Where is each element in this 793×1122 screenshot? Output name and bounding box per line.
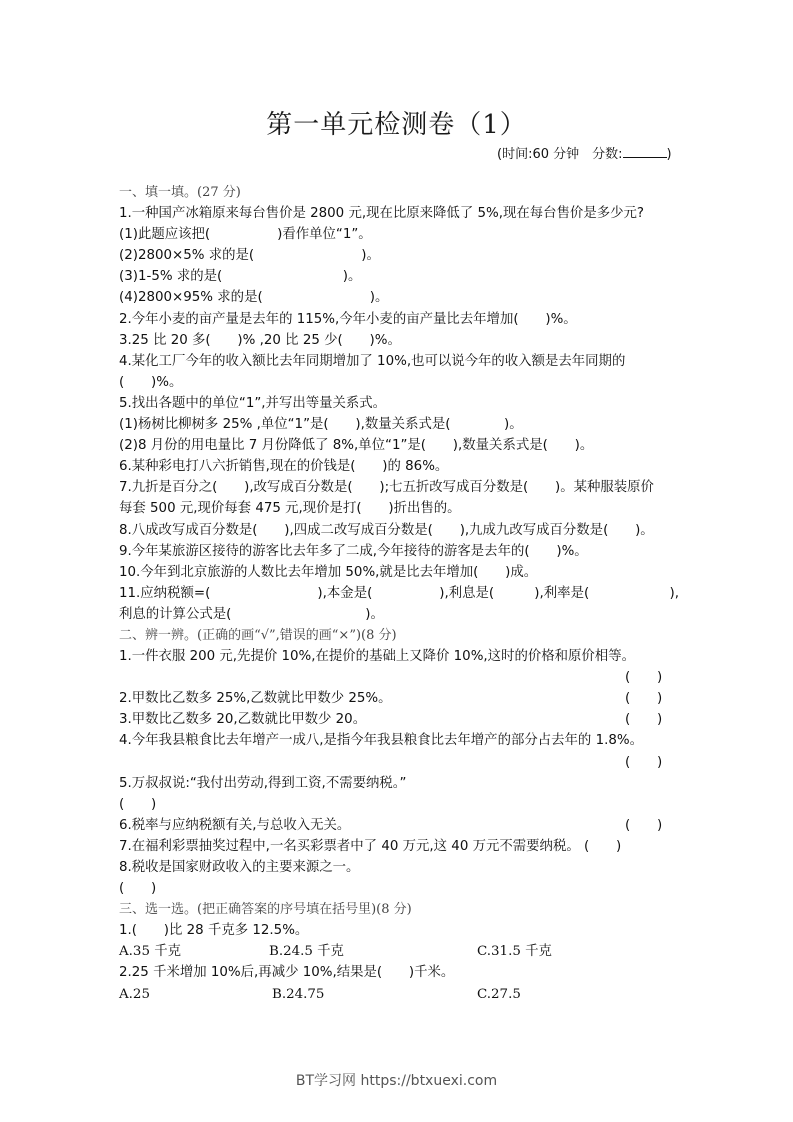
answer-bracket[interactable]: ( ) bbox=[625, 815, 662, 836]
option-a[interactable]: A.35 千克 bbox=[119, 941, 181, 962]
judge-text: 3.甲数比乙数多 20,乙数就比甲数少 20。 bbox=[119, 712, 366, 727]
choice-stem: 2.25 千米增加 10%后,再减少 10%,结果是( )千米。 bbox=[119, 962, 679, 983]
option-c[interactable]: C.27.5 bbox=[477, 984, 521, 1005]
score-blank[interactable] bbox=[623, 145, 667, 158]
question-line: 2.今年小麦的亩产量是去年的 115%,今年小麦的亩产量比去年增加( )%。 bbox=[119, 309, 679, 330]
answer-bracket[interactable]: ( ) bbox=[625, 667, 662, 688]
answer-bracket[interactable]: ( ) bbox=[119, 797, 156, 812]
question-line: 11.应纳税额=( ),本金是( ),利息是( ),利率是( ), bbox=[119, 583, 679, 604]
answer-bracket[interactable]: ( ) bbox=[625, 752, 662, 773]
choice-options: A.35 千克 B.24.5 千克 C.31.5 千克 bbox=[119, 941, 679, 962]
question-line: 6.某种彩电打八六折销售,现在的价钱是( )的 86%。 bbox=[119, 456, 679, 477]
question-line: 7.九折是百分之( ),改写成百分数是( );七五折改写成百分数是( )。某种服… bbox=[119, 477, 679, 498]
question-line: (1)杨树比柳树多 25% ,单位“1”是( ),数量关系式是( )。 bbox=[119, 414, 679, 435]
judge-item: 2.甲数比乙数多 25%,乙数就比甲数少 25%。( ) bbox=[119, 688, 679, 709]
answer-bracket[interactable]: ( ) bbox=[625, 688, 662, 709]
judge-item: 6.税率与应纳税额有关,与总收入无关。( ) bbox=[119, 815, 679, 836]
judge-answer-row: ( ) bbox=[119, 794, 679, 815]
question-line: 8.八成改写成百分数是( ),四成二改写成百分数是( ),九成九改写成百分数是(… bbox=[119, 520, 679, 541]
question-line: (3)1-5% 求的是( )。 bbox=[119, 266, 679, 287]
judge-item: 4.今年我县粮食比去年增产一成八,是指今年我县粮食比去年增产的部分占去年的 1.… bbox=[119, 730, 679, 751]
judge-answer-row: ( ) bbox=[119, 752, 679, 773]
exam-content: 一、填一填。(27 分) 1.一种国产冰箱原来每台售价是 2800 元,现在比原… bbox=[119, 182, 679, 1005]
question-line: 9.今年某旅游区接待的游客比去年多了二成,今年接待的游客是去年的( )%。 bbox=[119, 541, 679, 562]
question-line: (2)8 月份的用电量比 7 月份降低了 8%,单位“1”是( ),数量关系式是… bbox=[119, 435, 679, 456]
question-line: 1.一种国产冰箱原来每台售价是 2800 元,现在比原来降低了 5%,现在每台售… bbox=[119, 203, 679, 224]
judge-item: 8.税收是国家财政收入的主要来源之一。 bbox=[119, 857, 679, 878]
answer-bracket[interactable]: ( ) bbox=[119, 881, 156, 896]
answer-bracket[interactable]: ( ) bbox=[625, 709, 662, 730]
meta-close: ) bbox=[667, 147, 672, 162]
question-line: 每套 500 元,现价每套 475 元,现价是打( )折出售的。 bbox=[119, 498, 679, 519]
judge-item: 7.在福利彩票抽奖过程中,一名买彩票者中了 40 万元,这 40 万元不需要纳税… bbox=[119, 836, 679, 857]
judge-item: 3.甲数比乙数多 20,乙数就比甲数少 20。( ) bbox=[119, 709, 679, 730]
judge-answer-row: ( ) bbox=[119, 667, 679, 688]
option-c[interactable]: C.31.5 千克 bbox=[477, 941, 552, 962]
judge-text: 6.税率与应纳税额有关,与总收入无关。 bbox=[119, 818, 350, 833]
question-line: (1)此题应该把( )看作单位“1”。 bbox=[119, 224, 679, 245]
watermark: BT学习网 https://btxuexi.com bbox=[0, 1070, 793, 1090]
question-line: (4)2800×95% 求的是( )。 bbox=[119, 287, 679, 308]
page-title: 第一单元检测卷（1） bbox=[0, 104, 793, 141]
choice-stem: 1.( )比 28 千克多 12.5%。 bbox=[119, 920, 679, 941]
option-b[interactable]: B.24.75 bbox=[272, 984, 324, 1005]
judge-text: 2.甲数比乙数多 25%,乙数就比甲数少 25%。 bbox=[119, 691, 392, 706]
question-line: 5.找出各题中的单位“1”,并写出等量关系式。 bbox=[119, 393, 679, 414]
time-score-label: (时间:60 分钟 分数: bbox=[497, 147, 623, 162]
option-b[interactable]: B.24.5 千克 bbox=[269, 941, 344, 962]
question-line: 10.今年到北京旅游的人数比去年增加 50%,就是比去年增加( )成。 bbox=[119, 562, 679, 583]
exam-meta: (时间:60 分钟 分数:) bbox=[497, 143, 672, 162]
question-line: ( )%。 bbox=[119, 372, 679, 393]
judge-item: 1.一件衣服 200 元,先提价 10%,在提价的基础上又降价 10%,这时的价… bbox=[119, 646, 679, 667]
question-line: 3.25 比 20 多( )% ,20 比 25 少( )%。 bbox=[119, 330, 679, 351]
question-line: (2)2800×5% 求的是( )。 bbox=[119, 245, 679, 266]
section-heading-judge: 二、辨一辨。(正确的画“√”,错误的画“×”)(8 分) bbox=[119, 625, 679, 646]
choice-options: A.25 B.24.75 C.27.5 bbox=[119, 984, 679, 1005]
judge-answer-row: ( ) bbox=[119, 878, 679, 899]
question-line: 利息的计算公式是( )。 bbox=[119, 604, 679, 625]
judge-item: 5.万叔叔说:“我付出劳动,得到工资,不需要纳税。” bbox=[119, 773, 679, 794]
option-a[interactable]: A.25 bbox=[119, 984, 150, 1005]
section-heading-fill: 一、填一填。(27 分) bbox=[119, 182, 679, 203]
section-heading-choose: 三、选一选。(把正确答案的序号填在括号里)(8 分) bbox=[119, 899, 679, 920]
question-line: 4.某化工厂今年的收入额比去年同期增加了 10%,也可以说今年的收入额是去年同期… bbox=[119, 351, 679, 372]
